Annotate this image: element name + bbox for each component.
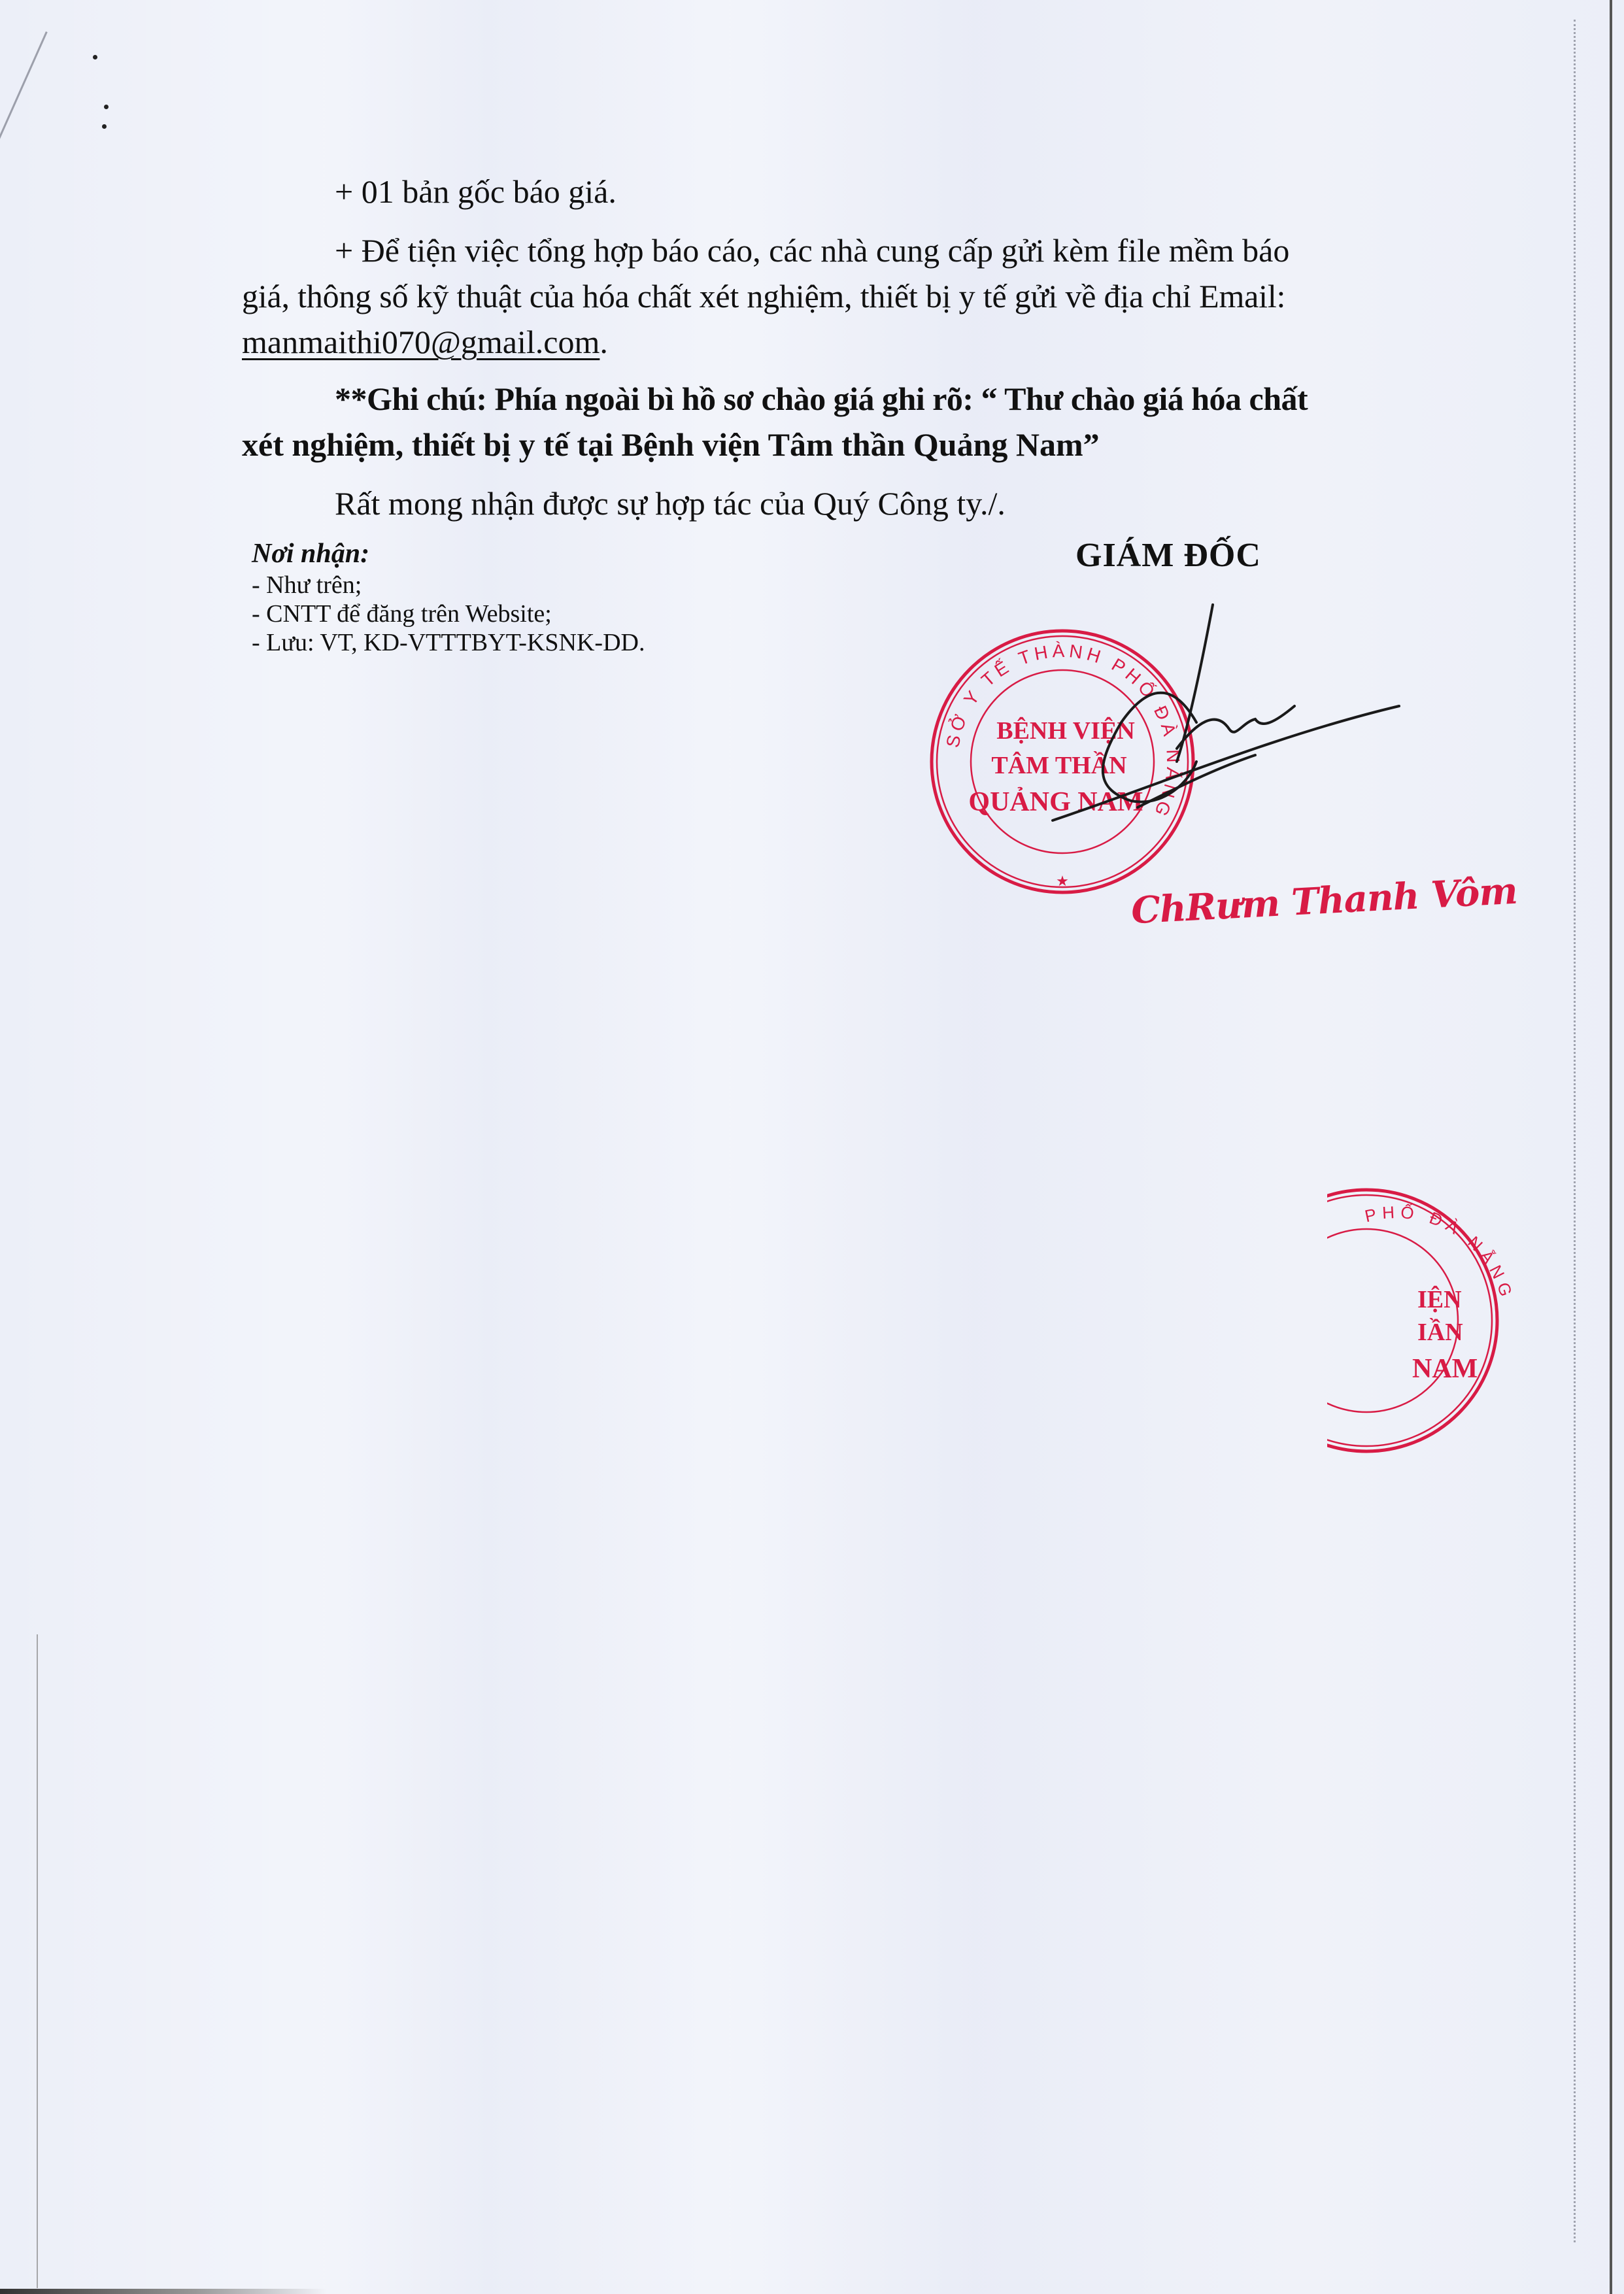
item-softcopy-line2: giá, thông số kỹ thuật của hóa chất xét … — [242, 273, 1285, 319]
page-edge-border — [37, 1634, 38, 2288]
closing-line: Rất mong nhận được sự hợp tác của Quý Cô… — [335, 481, 1006, 526]
email-suffix: . — [600, 324, 608, 360]
letter-body: + 01 bản gốc báo giá. + Để tiện việc tổn… — [0, 0, 1624, 536]
item-original-quote: + 01 bản gốc báo giá. — [335, 169, 617, 214]
recipients-block: Nơi nhận: - Như trên; - CNTT để đăng trê… — [252, 539, 645, 657]
recipient-item: - CNTT để đăng trên Website; — [252, 599, 645, 628]
scan-edge-strip — [0, 2289, 327, 2294]
partial-stamp-line: IẦN — [1417, 1318, 1463, 1346]
email-link[interactable]: manmaithi070@gmail.com — [242, 324, 600, 360]
item-softcopy-line1: + Để tiện việc tổng hợp báo cáo, các nhà… — [335, 228, 1289, 273]
note-line2: xét nghiệm, thiết bị y tế tại Bệnh viện … — [242, 422, 1100, 467]
recipient-item: - Như trên; — [252, 571, 645, 599]
recipients-heading: Nơi nhận: — [252, 539, 645, 568]
note-line1: **Ghi chú: Phía ngoài bì hồ sơ chào giá … — [335, 376, 1308, 422]
signer-title: GIÁM ĐỐC — [1075, 536, 1261, 575]
recipient-item: - Lưu: VT, KD-VTTTBYT-KSNK-DD. — [252, 628, 645, 657]
handwritten-signature — [981, 592, 1438, 873]
email-line: manmaithi070@gmail.com. — [242, 319, 608, 365]
partial-edge-stamp: PHỐ ĐÀ NẴNG IỆN IẦN NAM — [1327, 1183, 1556, 1458]
stamp-star-icon: ★ — [1056, 873, 1069, 889]
partial-stamp-line: IỆN — [1417, 1286, 1462, 1313]
partial-stamp-line: NAM — [1412, 1354, 1478, 1384]
